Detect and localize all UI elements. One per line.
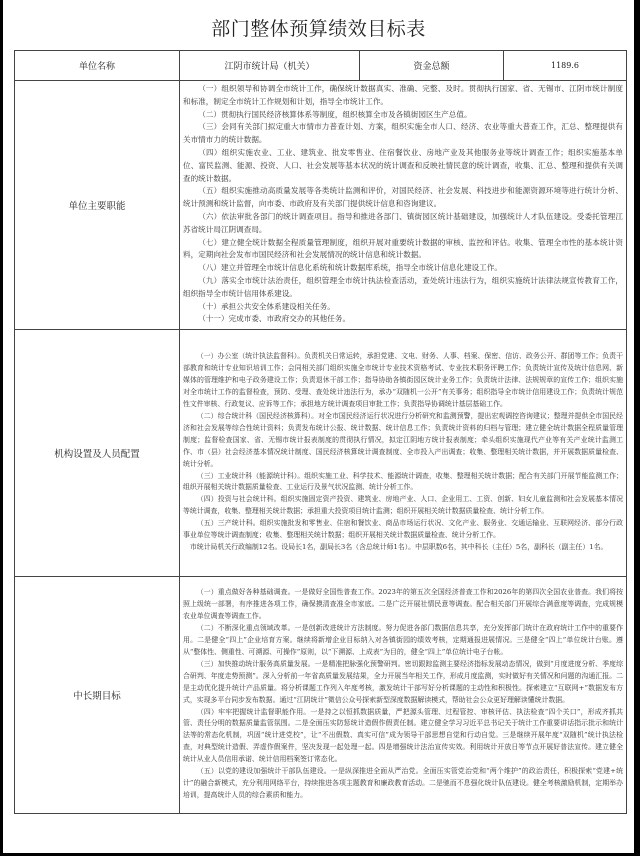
paragraph: （十一）完成市委、市政府交办的其他任务。 — [183, 313, 623, 326]
page-title: 部门整体预算绩效目标表 — [3, 14, 634, 41]
header-row: 单位名称 江阴市统计局（机关） 资金总额 1189.6 — [15, 51, 627, 81]
paragraph: （三）会同有关部门拟定重大市情市力普查计划、方案，组织实施全市人口、经济、农业等… — [183, 121, 623, 147]
paragraph: （三）加快推动统计服务高质量发展。一是精准把脉强化预警研判。密切跟踪监测主要经济… — [183, 659, 623, 707]
paragraph: 市统计局机关行政编制12名。设局长1名，副局长3名（含总统计师1名）。中层职数6… — [183, 542, 623, 554]
budget-target-table: 单位名称 江阴市统计局（机关） 资金总额 1189.6 单位主要职能 （一）组织… — [14, 50, 627, 814]
row-content: （一）办公室（统计执法监督科）。负责机关日常运转，承担党建、文电、财务、人事、档… — [180, 330, 627, 577]
paragraph: （一）组织领导和协调全市统计工作，确保统计数据真实、准确、完整、及时。贯彻执行国… — [183, 83, 623, 109]
paragraph: （二）不断深化重点领域改革。一是创新改进统计方法制度。努力促进各部门数据信息共享… — [183, 623, 623, 659]
paragraph: （二）贯彻执行国民经济核算体系等制度，组织核算全市及各镇街园区生产总值。 — [183, 109, 623, 122]
paragraph: （五）三产统计科。组织实施批发和零售业、住宿和餐饮业、商品市场运行状况、文化产业… — [183, 518, 623, 542]
row-label: 单位主要职能 — [15, 81, 180, 330]
paragraph: （九）落实全市统计法治责任，组织管理全市统计执法检查活动，查处统计违法行为，组织… — [183, 275, 623, 301]
row-label: 中长期目标 — [15, 577, 180, 814]
paragraph: （五）以党的建设加强统计干部队伍建设。一是纵深推进全面从严治党。全面压实管党治党… — [183, 766, 623, 802]
fund-total-value: 1189.6 — [504, 51, 627, 81]
paragraph: （六）依法审批各部门的统计调查项目。指导和推进各部门、镇街园区统计基础建设，加强… — [183, 211, 623, 237]
document-page: 部门整体预算绩效目标表 单位名称 江阴市统计局（机关） 资金总额 1189.6 … — [3, 0, 634, 853]
paragraph: （二）综合统计科（国民经济核算科）。对全市国民经济运行状况进行分析研究和监测预警… — [183, 411, 623, 471]
row-content: （一）重点做好各种基础调查。一是做好全国性普查工作。2023年的第五次全国经济普… — [180, 577, 627, 814]
paragraph: （七）建立健全统计数据全程质量管理制度，组织开展对重要统计数据的审核、监控和评估… — [183, 237, 623, 263]
table-row-long-term-goals: 中长期目标 （一）重点做好各种基础调查。一是做好全国性普查工作。2023年的第五… — [15, 577, 627, 814]
paragraph: （一）重点做好各种基础调查。一是做好全国性普查工作。2023年的第五次全国经济普… — [183, 587, 623, 623]
fund-total-label: 资金总额 — [360, 51, 504, 81]
paragraph: （十）承担公共安全体系建设相关任务。 — [183, 301, 623, 314]
table-row-org-staffing: 机构设置及人员配置 （一）办公室（统计执法监督科）。负责机关日常运转，承担党建、… — [15, 330, 627, 577]
paragraph: （三）工业统计科（能源统计科）。组织实施工业、科学技术、能源统计调查，收集、整理… — [183, 471, 623, 495]
row-label: 机构设置及人员配置 — [15, 330, 180, 577]
paragraph: （四）组织实施农业、工业、建筑业、批发零售业、住宿餐饮业、房地产业及其他服务业等… — [183, 147, 623, 185]
paragraph: （八）建立并管理全市统计信息化系统和统计数据库系统，指导全市统计信息化建设工作。 — [183, 262, 623, 275]
paragraph: （一）办公室（统计执法监督科）。负责机关日常运转，承担党建、文电、财务、人事、档… — [183, 351, 623, 411]
row-content: （一）组织领导和协调全市统计工作，确保统计数据真实、准确、完整、及时。贯彻执行国… — [180, 81, 627, 330]
paragraph: （四）牢牢把握统计监督职能作用。一是持之以恒抓数据质量，严把源头管理、过程管控、… — [183, 707, 623, 767]
paragraph: （五）组织实施推动高质量发展等各类统计监测和评价，对国民经济、社会发展、科技进步… — [183, 185, 623, 211]
unit-name-label: 单位名称 — [15, 51, 180, 81]
unit-name-value: 江阴市统计局（机关） — [180, 51, 360, 81]
table-row-main-functions: 单位主要职能 （一）组织领导和协调全市统计工作，确保统计数据真实、准确、完整、及… — [15, 81, 627, 330]
paragraph: （四）投资与社会统计科。组织实施固定资产投资、建筑业、房地产业、人口、企业用工、… — [183, 494, 623, 518]
